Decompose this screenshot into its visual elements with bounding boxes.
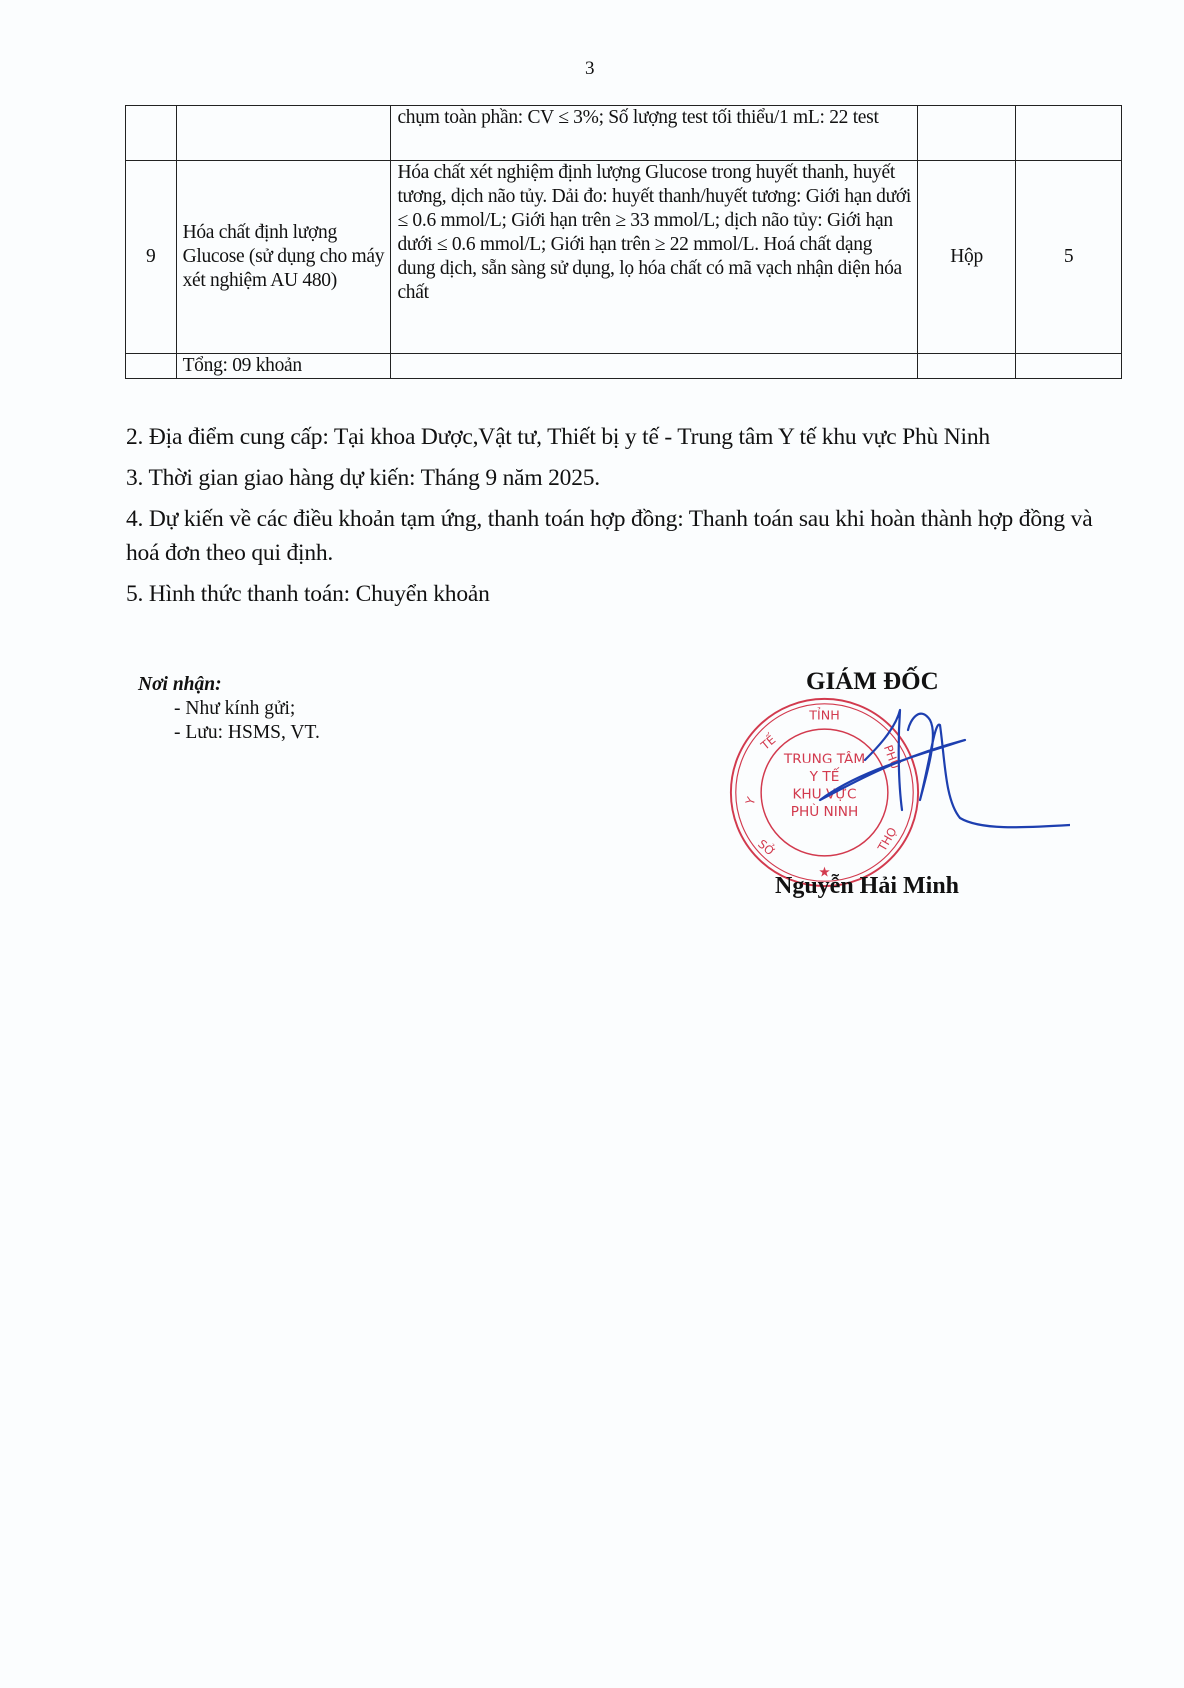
cell-unit: Hộp (918, 161, 1016, 354)
cell-unit (918, 106, 1016, 161)
cell-quantity: 5 (1016, 161, 1122, 354)
clause-location: 2. Địa điểm cung cấp: Tại khoa Dược,Vật … (126, 420, 1106, 454)
recipient-item: - Như kính gửi; (138, 697, 320, 721)
cell-name: Hóa chất định lượng Glucose (sử dụng cho… (176, 161, 391, 354)
clause-delivery-time: 3. Thời gian giao hàng dự kiến: Tháng 9 … (126, 461, 1106, 495)
svg-text:TẾ: TẾ (756, 731, 779, 754)
table-row: chụm toàn phần: CV ≤ 3%; Số lượng test t… (126, 106, 1122, 161)
recipients-title: Nơi nhận: (138, 673, 320, 697)
signature-title: GIÁM ĐỐC (806, 668, 939, 696)
cell-spec (391, 354, 918, 379)
clause-payment-method: 5. Hình thức thanh toán: Chuyển khoản (126, 577, 1106, 611)
cell-name (176, 106, 391, 161)
items-table: chụm toàn phần: CV ≤ 3%; Số lượng test t… (125, 105, 1122, 379)
cell-stt (126, 354, 177, 379)
page-number: 3 (585, 58, 595, 80)
cell-stt (126, 106, 177, 161)
cell-spec: Hóa chất xét nghiệm định lượng Glucose t… (391, 161, 918, 354)
clauses: 2. Địa điểm cung cấp: Tại khoa Dược,Vật … (126, 420, 1106, 618)
cell-quantity (1016, 106, 1122, 161)
cell-stt: 9 (126, 161, 177, 354)
recipient-item: - Lưu: HSMS, VT. (138, 721, 320, 745)
table-row-total: Tổng: 09 khoản (126, 354, 1122, 379)
svg-text:Y: Y (742, 794, 758, 807)
signer-name: Nguyễn Hải Minh (775, 873, 959, 900)
cell-unit (918, 354, 1016, 379)
clause-payment-terms: 4. Dự kiến về các điều khoản tạm ứng, th… (126, 502, 1106, 570)
table-row: 9 Hóa chất định lượng Glucose (sử dụng c… (126, 161, 1122, 354)
cell-quantity (1016, 354, 1122, 379)
cell-spec: chụm toàn phần: CV ≤ 3%; Số lượng test t… (391, 106, 918, 161)
svg-text:SỞ: SỞ (755, 835, 779, 859)
cell-total-label: Tổng: 09 khoản (176, 354, 391, 379)
handwritten-signature-icon (780, 700, 1070, 850)
recipients: Nơi nhận: - Như kính gửi; - Lưu: HSMS, V… (138, 673, 320, 745)
